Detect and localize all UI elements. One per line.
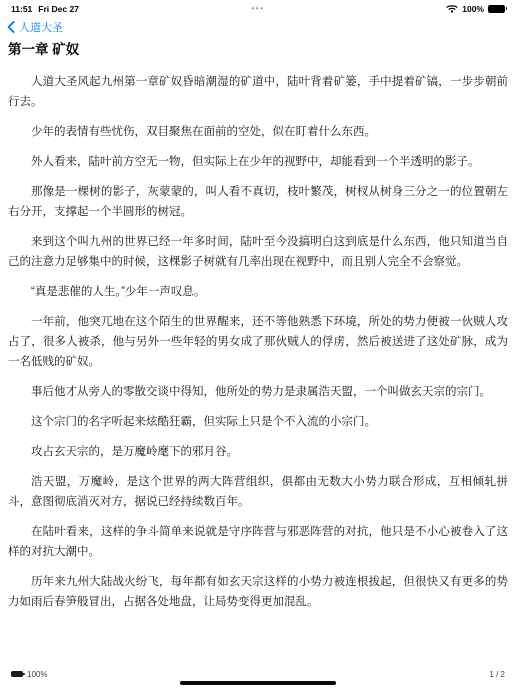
paragraph: 在陆叶看来，这样的争斗简单来说就是守序阵营与邪恶阵营的对抗，他只是不小心被卷入了… xyxy=(8,522,508,562)
paragraph: 浩天盟，万魔岭，是这个世界的两大阵营组织，俱都由无数大小势力联合形成，互相倾轧拼… xyxy=(8,472,508,512)
home-indicator[interactable] xyxy=(180,681,336,686)
battery-full-icon xyxy=(488,5,505,13)
paragraph: 事后他才从旁人的零散交谈中得知，他所处的势力是隶属浩天盟，一个叫做玄天宗的宗门。 xyxy=(8,382,508,402)
paragraph: 攻占玄天宗的，是万魔岭麾下的邪月谷。 xyxy=(8,442,508,462)
battery-percent: 100% xyxy=(462,4,484,14)
paragraph: 来到这个叫九州的世界已经一年多时间，陆叶至今没搞明白这到底是什么东西，他只知道当… xyxy=(8,232,508,272)
paragraph: 那像是一棵树的影子，灰蒙蒙的，叫人看不真切，枝叶繁茂，树杈从树身三分之一的位置朝… xyxy=(8,182,508,222)
navigation-bar: 人道大圣 xyxy=(0,19,516,35)
chapter-title: 第一章 矿奴 xyxy=(8,38,508,58)
paragraph: “真是悲催的人生。”少年一声叹息。 xyxy=(8,282,508,302)
reading-surface[interactable]: 第一章 矿奴 人道大圣风起九州第一章矿奴昏暗潮湿的矿道中，陆叶背着矿篓，手中提着… xyxy=(0,38,516,622)
paragraph: 人道大圣风起九州第一章矿奴昏暗潮湿的矿道中，陆叶背着矿篓，手中提着矿镐，一步步朝… xyxy=(8,72,508,112)
battery-small-icon xyxy=(11,671,23,677)
clock: 11:51 xyxy=(11,4,32,14)
status-right: 100% xyxy=(446,4,505,14)
paragraph: 一年前，他突兀地在这个陌生的世界醒来，还不等他熟悉下环境，所处的势力便被一伙贼人… xyxy=(8,312,508,372)
status-bar: 11:51 Fri Dec 27 ••• 100% xyxy=(0,0,516,17)
chevron-left-icon xyxy=(7,21,15,33)
footer-battery-status: 100% xyxy=(11,670,47,679)
footer-battery-percent: 100% xyxy=(27,670,47,679)
status-left: 11:51 Fri Dec 27 xyxy=(11,4,79,14)
back-button[interactable]: 人道大圣 xyxy=(7,19,63,35)
wifi-icon xyxy=(446,4,458,13)
paragraph: 少年的表情有些忧伤，双目聚焦在面前的空处，似在盯着什么东西。 xyxy=(8,122,508,142)
ereader-screen: 11:51 Fri Dec 27 ••• 100% 人道大圣 第一章 矿奴 人道… xyxy=(0,0,516,688)
back-label: 人道大圣 xyxy=(19,19,63,35)
multitask-dots-icon[interactable]: ••• xyxy=(251,4,264,13)
page-indicator: 1 / 2 xyxy=(489,670,505,679)
paragraph: 外人看来，陆叶前方空无一物，但实际上在少年的视野中，却能看到一个半透明的影子。 xyxy=(8,152,508,172)
paragraph: 历年来九州大陆战火纷飞，每年都有如玄天宗这样的小势力被连根拔起，但很快又有更多的… xyxy=(8,572,508,612)
date: Fri Dec 27 xyxy=(38,4,79,14)
paragraph: 这个宗门的名字听起来炫酷狂霸，但实际上只是个不入流的小宗门。 xyxy=(8,412,508,432)
reader-footer: 100% 1 / 2 xyxy=(0,668,516,680)
